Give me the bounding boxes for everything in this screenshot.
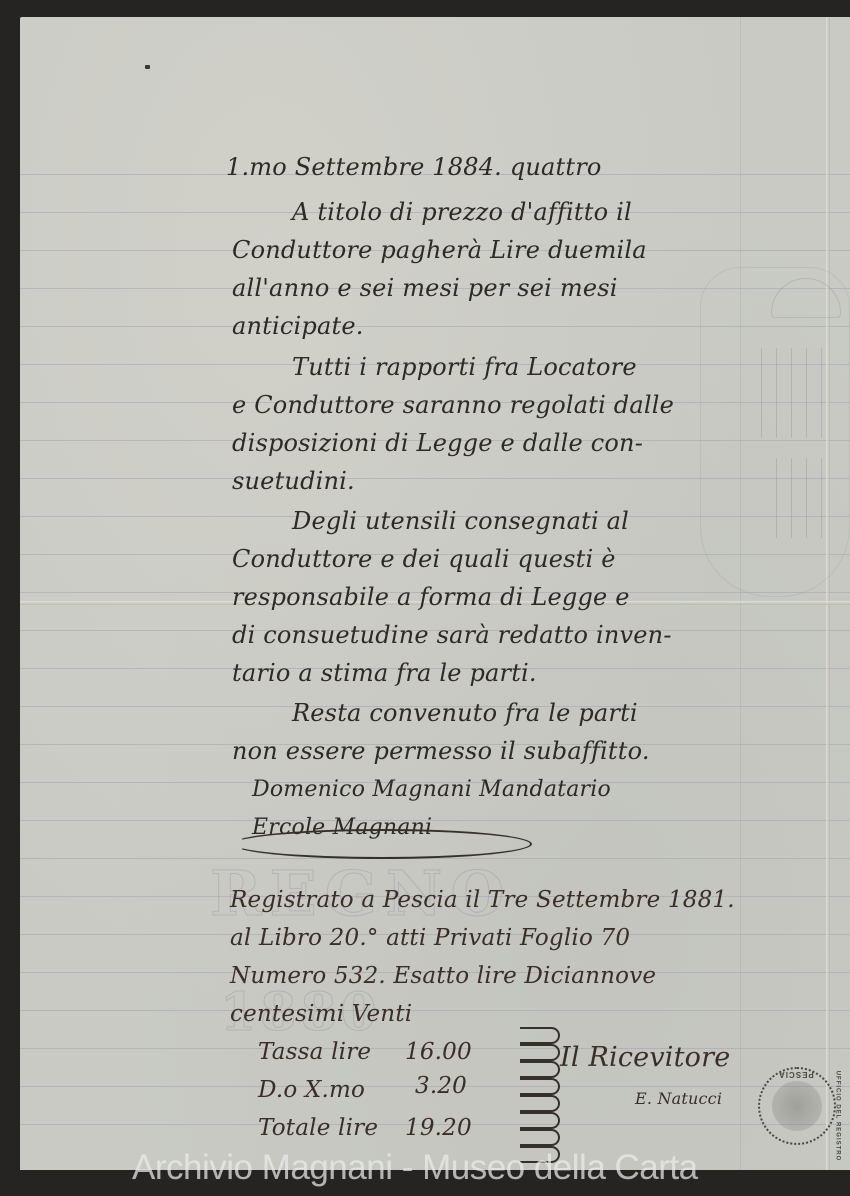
ruled-line [20,1010,850,1011]
vertical-fold [826,17,830,1170]
fee-label-totale: Totale lire [258,1115,378,1141]
body-line: Tutti i rapporti fra Locatore [292,353,637,381]
stamp-town: PESCIA [778,1070,814,1079]
body-line: e Conduttore saranno regolati dalle [232,391,674,419]
body-line: anticipate. [232,312,364,340]
fee-amount-tassa: 16.00 [405,1039,472,1065]
body-line: A titolo di prezzo d'affitto il [292,198,632,226]
signature-flourish [232,829,532,859]
body-line: Conduttore pagherà Lire duemila [232,236,647,264]
body-line: disposizioni di Legge e dalle con- [232,429,643,457]
body-line: all'anno e sei mesi per sei mesi [232,274,618,302]
paper-page: REGNO 1880 1.mo Settembre 1884. quattro … [20,17,850,1170]
embossed-coat-of-arms [700,267,850,597]
crown-emblem [771,278,841,318]
body-line: non essere permesso il subaffitto. [232,737,650,765]
body-line: suetudini. [232,467,355,495]
ruled-line [20,820,850,821]
fee-label-tassa: Tassa lire [258,1039,371,1065]
archive-watermark: Archivio Magnani - Museo della Carta [132,1148,698,1188]
registration-line: centesimi Venti [230,1001,412,1027]
registration-line: Registrato a Pescia il Tre Settembre 188… [230,887,735,913]
stamp-emblem [772,1081,822,1131]
receiver-title: Il Ricevitore [560,1042,730,1073]
fee-amount-decimo: 3.20 [415,1073,467,1099]
date-line: 1.mo Settembre 1884. quattro [226,153,602,181]
registration-line: al Libro 20.° atti Privati Foglio 70 [230,925,630,951]
body-line: Conduttore e dei quali questi è [232,545,616,573]
body-line: tario a stima fra le parti. [232,659,537,687]
fee-amount-totale: 19.20 [405,1115,472,1141]
body-line: responsabile a forma di Legge e [232,583,630,611]
scanned-document: REGNO 1880 1.mo Settembre 1884. quattro … [0,0,850,1196]
ink-speck [145,65,150,69]
receiver-name: E. Natucci [635,1089,722,1108]
stamp-office: UFFICIO DEL REGISTRO [834,1071,840,1162]
body-line: Resta convenuto fra le parti [292,699,638,727]
body-line: Degli utensili consegnati al [292,507,629,535]
body-line: di consuetudine sarà redatto inven- [232,621,672,649]
signature-mandatario: Domenico Magnani Mandatario [252,777,611,802]
registration-line: Numero 532. Esatto lire Diciannove [230,963,656,989]
margin-line [740,17,741,1170]
fee-label-decimo: D.o X.mo [258,1077,365,1103]
